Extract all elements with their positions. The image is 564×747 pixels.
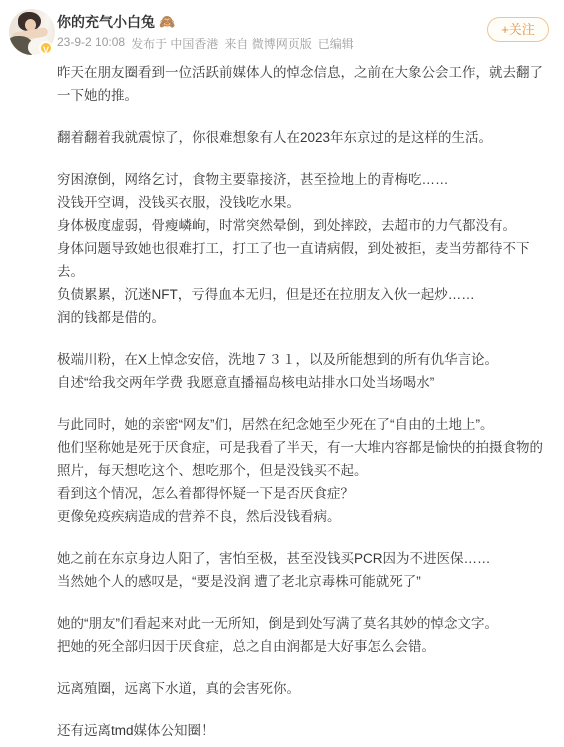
paragraph-6: 她之前在东京身边人阳了，害怕至极，甚至没钱买PCR因为不进医保…… 当然她个人的…: [57, 547, 549, 593]
post-edited-label: 已编辑: [318, 35, 354, 52]
follow-button[interactable]: +关注: [487, 17, 549, 42]
verified-badge-icon: V: [39, 41, 53, 55]
post-location: 发布于 中国香港: [131, 35, 218, 52]
paragraph-3: 穷困潦倒，网络乞讨，食物主要靠接济，甚至捡地上的青梅吃…… 没钱开空调，没钱买衣…: [57, 168, 549, 329]
paragraph-5: 与此同时，她的亲密“网友”们，居然在纪念她至少死在了“自由的土地上”。 他们坚称…: [57, 413, 549, 528]
author-name-emoji-icon: 🙈: [159, 14, 175, 30]
paragraph-8: 远离殖圈，远离下水道，真的会害死你。: [57, 677, 549, 700]
author-row: 你的充气小白兔 🙈: [57, 12, 175, 32]
post-content: 昨天在朋友圈看到一位活跃前媒体人的悼念信息，之前在大象公会工作，就去翻了 一下她…: [57, 61, 549, 742]
paragraph-9: 还有远离tmd媒体公知圈！: [57, 719, 549, 742]
paragraph-1: 昨天在朋友圈看到一位活跃前媒体人的悼念信息，之前在大象公会工作，就去翻了 一下她…: [57, 61, 549, 107]
author-name[interactable]: 你的充气小白兔: [57, 12, 155, 32]
post-header-avatar: V: [9, 9, 55, 55]
paragraph-2: 翻着翻着我就震惊了，你很难想象有人在2023年东京过的是这样的生活。: [57, 126, 549, 149]
paragraph-4: 极端川粉，在X上悼念安倍，洗地７３１，以及所能想到的所有仇华言论。 自述“给我交…: [57, 348, 549, 394]
post-meta: 23-9-2 10:08 发布于 中国香港 来自 微博网页版 已编辑: [57, 35, 354, 52]
paragraph-7: 她的“朋友”们看起来对此一无所知，倒是到处写满了莫名其妙的悼念文字。 把她的死全…: [57, 612, 549, 658]
post-source-link[interactable]: 来自 微博网页版: [224, 35, 311, 52]
post-timestamp: 23-9-2 10:08: [57, 35, 125, 52]
